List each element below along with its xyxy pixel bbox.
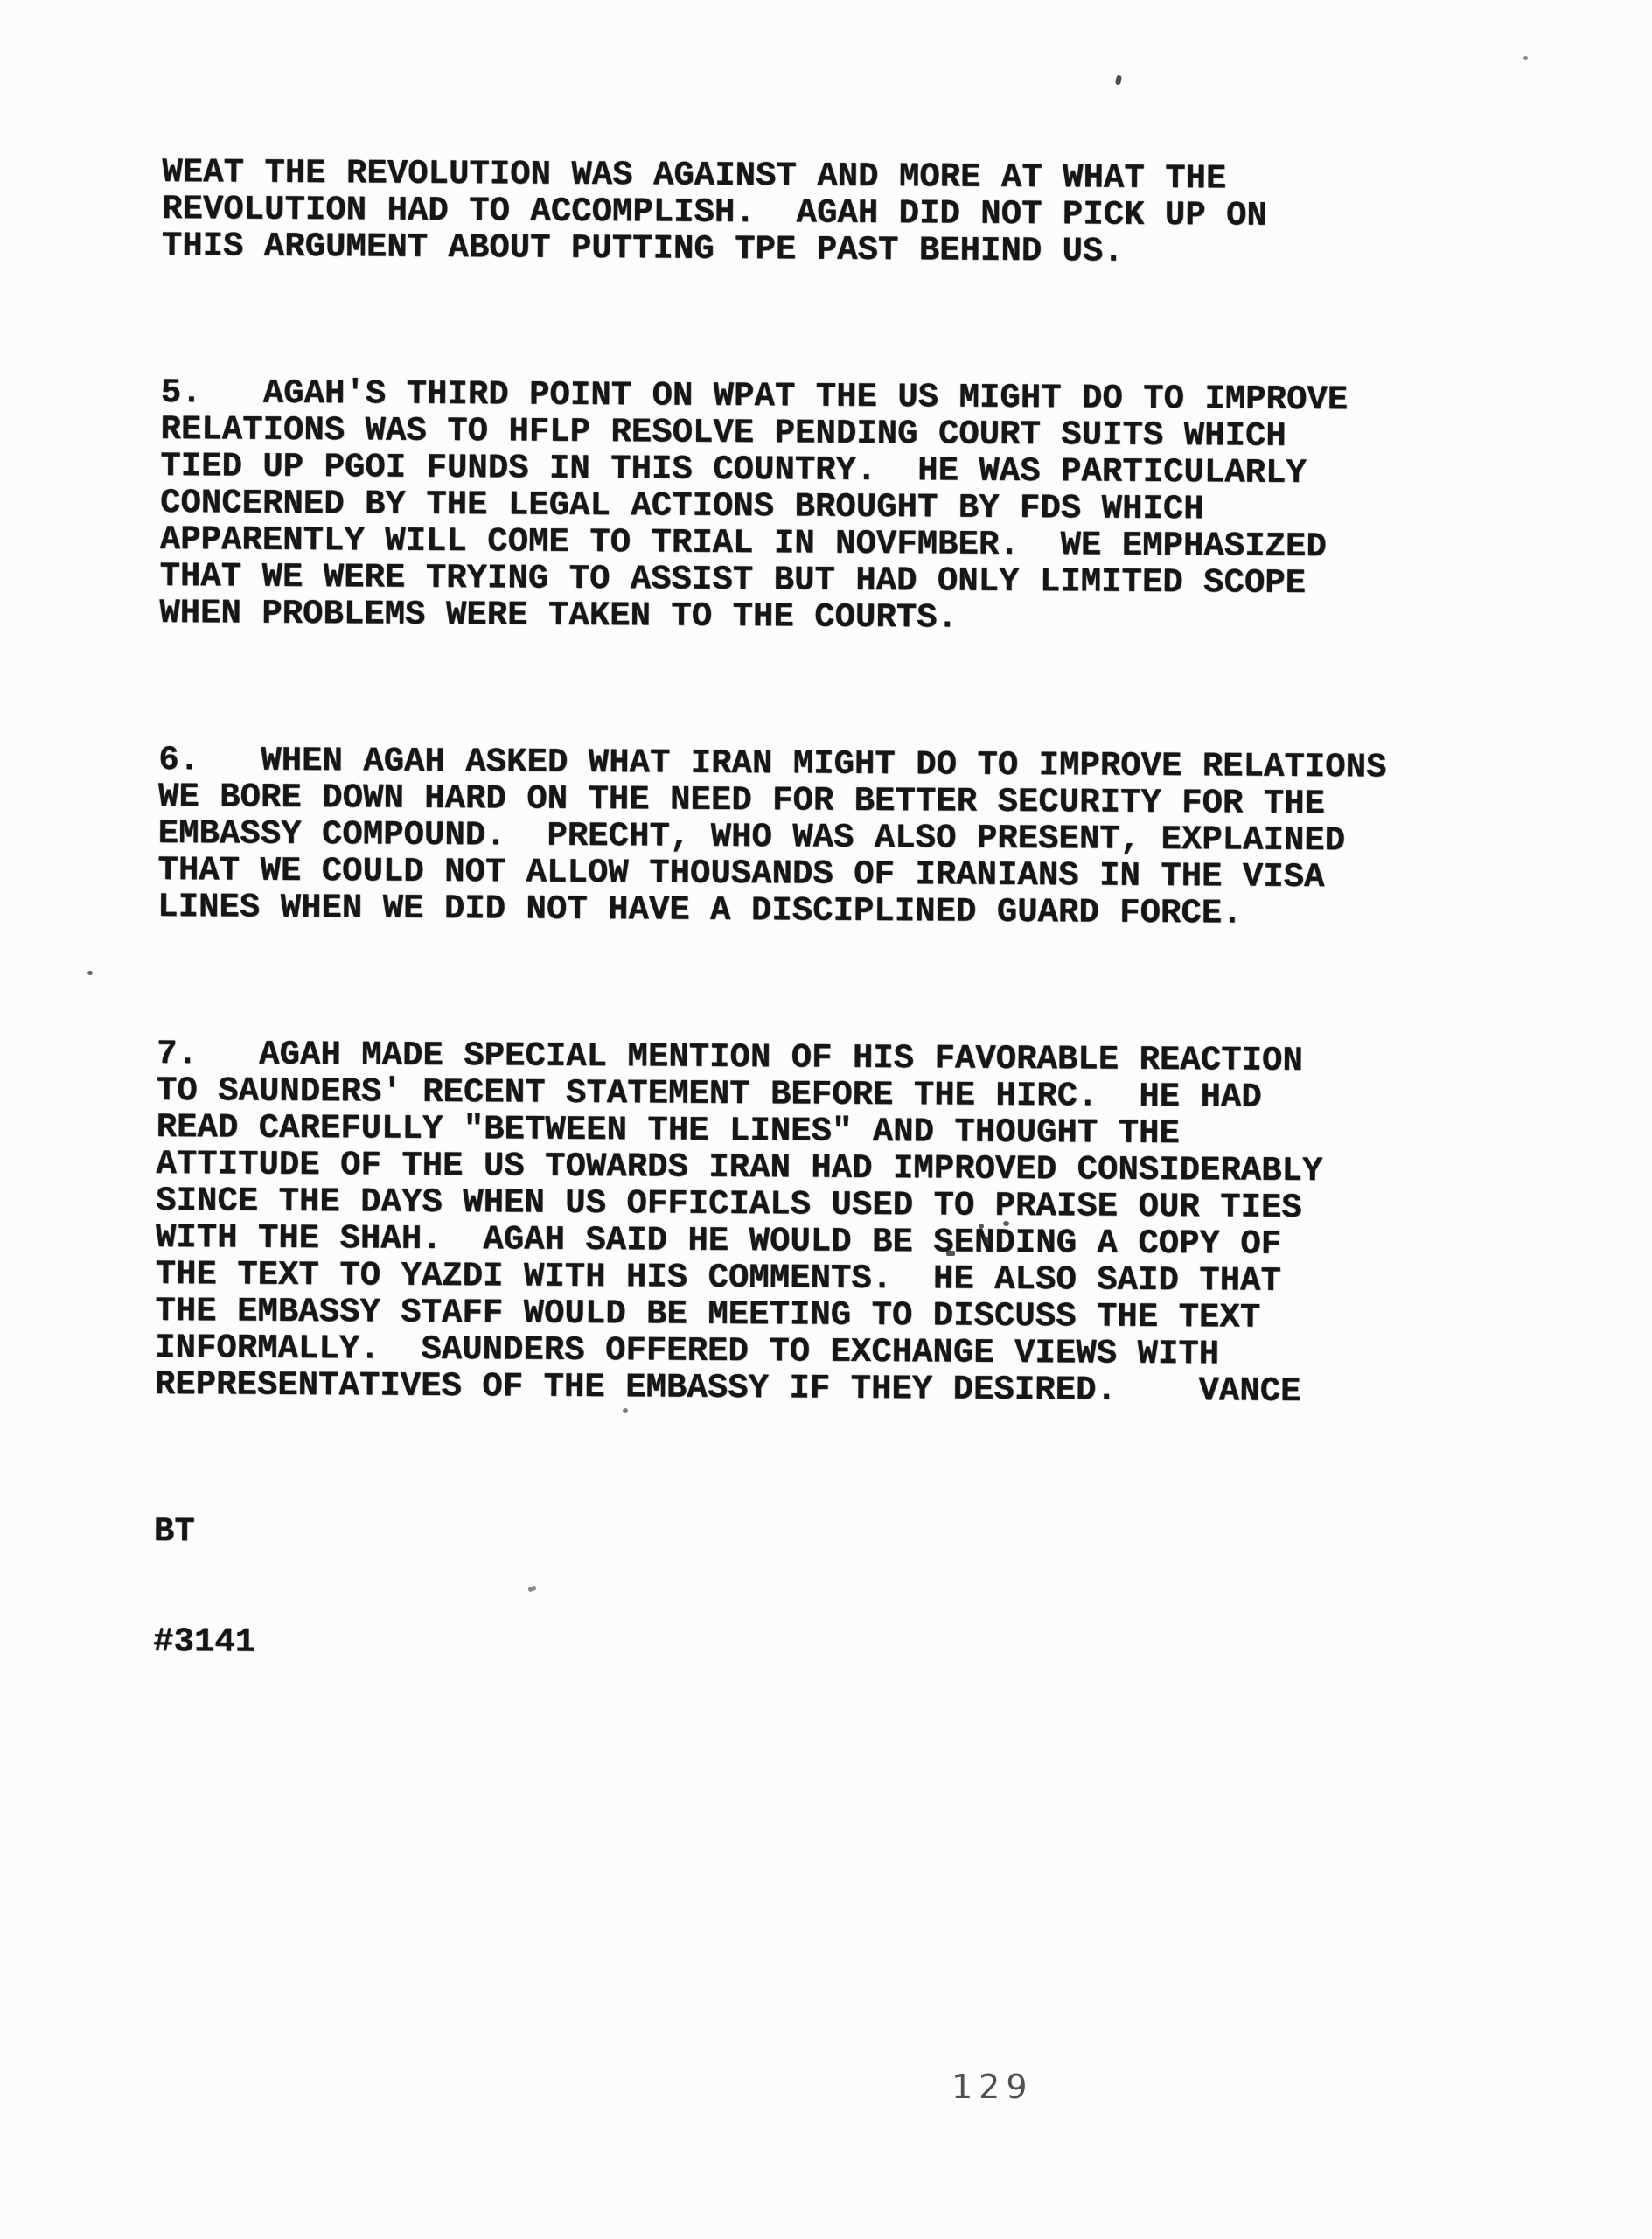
page-number: 129 bbox=[951, 2068, 1034, 2106]
ink-speck bbox=[623, 1408, 628, 1413]
paragraph-intro: WEAT THE REVOLUTION WAS AGAINST AND MORE… bbox=[162, 154, 1391, 272]
ink-speck bbox=[1115, 74, 1122, 85]
cable-text-body: WEAT THE REVOLUTION WAS AGAINST AND MORE… bbox=[152, 80, 1391, 1741]
paragraph-6: 6. WHEN AGAH ASKED WHAT IRAN MIGHT DO TO… bbox=[157, 742, 1386, 933]
ink-speck bbox=[946, 1251, 955, 1256]
ink-speck bbox=[984, 1237, 990, 1243]
ink-speck bbox=[87, 971, 93, 975]
cable-number: #3141 bbox=[153, 1623, 1381, 1668]
paragraph-7: 7. AGAH MADE SPECIAL MENTION OF HIS FAVO… bbox=[155, 1036, 1385, 1411]
document-page: WEAT THE REVOLUTION WAS AGAINST AND MORE… bbox=[0, 0, 1652, 2239]
ink-speck bbox=[1523, 56, 1528, 60]
paragraph-5: 5. AGAH'S THIRD POINT ON WPAT THE US MIG… bbox=[159, 374, 1389, 639]
ink-speck bbox=[979, 1224, 984, 1229]
ink-speck bbox=[1003, 1221, 1009, 1226]
signoff-bt: BT bbox=[154, 1513, 1382, 1558]
